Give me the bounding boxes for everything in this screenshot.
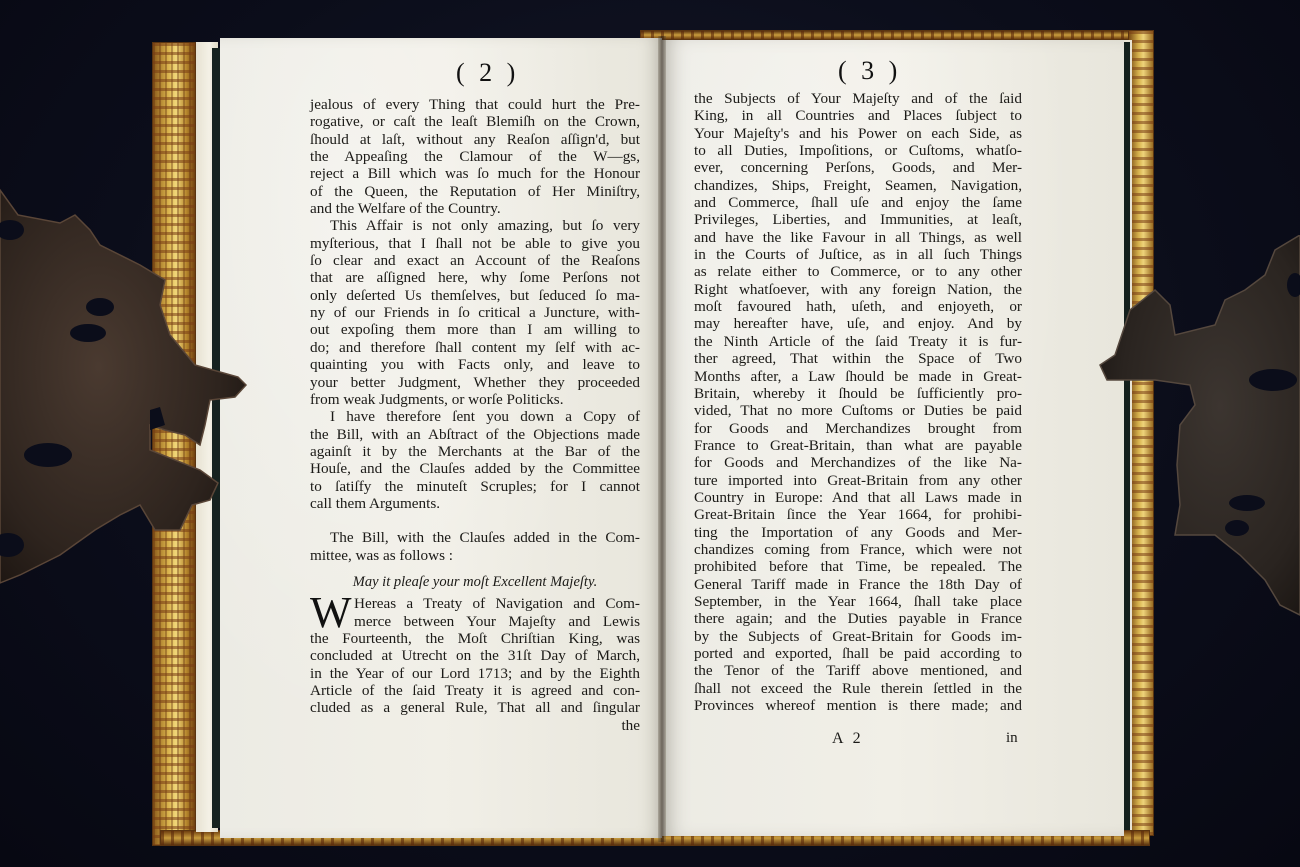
photo-scene: ( 2 ) jealous of every Thing that could … [0,0,1300,867]
text-line: to all Duties, Impoſitions, or Cuſtoms, … [694,142,1022,159]
catchword: in [1006,730,1018,747]
text-line: and the Welfare of the Country. [310,200,640,217]
text-line: ny of our Friends in ſo critical a Junct… [310,304,640,321]
text-line: only deſerted Us themſelves, but ſeduced… [310,287,640,304]
text-line: by the Subjects of Great-Britain for Goo… [694,628,1022,645]
left-page: ( 2 ) jealous of every Thing that could … [220,38,662,838]
text-line: King, in all Countries and Places ſubjec… [694,107,1022,124]
text-line: the Subjects of Your Majeſty and of the … [694,90,1022,107]
gilt-board-edge-top [640,30,1150,40]
text-line: concluded at Utrecht on the 31ſt Day of … [310,647,640,664]
text-line: quainting you with Facts only, and leave… [310,356,640,373]
text-line: the Bill, with an Abſtract of the Object… [310,426,640,443]
text-line: Country in Europe: And that all Laws mad… [694,489,1022,506]
text-line: there again; and the Duties payable in F… [694,610,1022,627]
text-line: prohibited before that Time, be repealed… [694,558,1022,575]
text-line: ther agreed, That within the Space of Tw… [694,350,1022,367]
text-line: The Bill, with the Clauſes added in the … [310,529,640,546]
signature-mark: A 2 [832,730,864,748]
page-number-3: ( 3 ) [838,56,901,86]
text-line: from weak Judgments, or worſe Politicks. [310,391,640,408]
text-line: call them Arguments. [310,495,640,512]
text-line: in the Year of our Lord 1713; and by the… [310,665,640,682]
text-line: Hereas a Treaty of Navigation and Com- [310,595,640,612]
text-line: mittee, was as follows : [310,547,640,564]
text-line: the Appeaſing the Clamour of the W—gs, [310,148,640,165]
text-line: the Fourteenth, the Moſt Chriſtian King,… [310,630,640,647]
iron-page-clip-left-icon [0,185,250,585]
text-line: chandizes, Ships, Freight, Seamen, Navig… [694,177,1022,194]
text-line: do; and therefore ſhall content my ſelf … [310,339,640,356]
text-line: the Ninth Article of the ſaid Treaty it … [694,333,1022,350]
catchword: the [310,717,640,734]
bill-text: W Hereas a Treaty of Navigation and Com-… [310,595,640,734]
text-line: as relate either to Commerce, or to any … [694,263,1022,280]
text-line: the Tenor of the Tariff above mentioned,… [694,662,1022,679]
right-page: ( 3 ) the Subjects of Your Majeſty and o… [662,40,1124,836]
text-line: Britain, whereby it ſhould be ſufficient… [694,385,1022,402]
text-line: France to Great-Britain, than what are p… [694,437,1022,454]
text-line: Article of the ſaid Treaty it is agreed … [310,682,640,699]
text-line: chandizes coming from France, which were… [694,541,1022,558]
text-line: reject a Bill which was ſo much for the … [310,165,640,182]
text-line: ſhould at laſt, without any Reaſon aſſig… [310,131,640,148]
text-line: againſt it by the Merchants at the Bar o… [310,443,640,460]
iron-page-clip-right-icon [1095,235,1300,620]
text-line: and Commerce, ſhall uſe and enjoy the ſa… [694,194,1022,211]
text-line: vided, That no more Cuſtoms or Duties be… [694,402,1022,419]
text-line: Houſe, and the Clauſes added by the Comm… [310,460,640,477]
text-line: to ſatiſfy the minuteſt Scruples; for I … [310,478,640,495]
text-line: I have therefore ſent you down a Copy of [310,408,640,425]
text-line: that are aſſigned here, why ſome Perſons… [310,269,640,286]
text-line: out expoſing them more than I am willing… [310,321,640,338]
text-line: rogative, or caſt the leaſt Blemiſh on t… [310,113,640,130]
right-page-text: the Subjects of Your Majeſty and of the … [694,90,1022,714]
text-line: in the Courts of Juſtice, as in all ſuch… [694,246,1022,263]
page-number-2: ( 2 ) [456,58,519,88]
text-line: ever, concerning Perſons, Goods, and Mer… [694,159,1022,176]
text-line: ſo clear and exact an Account of the Rea… [310,252,640,269]
text-line: merce between Your Majeſty and Lewis [310,613,640,630]
text-line: This Affair is not only amazing, but ſo … [310,217,640,234]
text-line: General Tariff made in France the 18th D… [694,576,1022,593]
text-line: of the Queen, the Reputation of Her Mini… [310,183,640,200]
text-line: ſhall not exceed the Rule therein ſettle… [694,680,1022,697]
text-line: ture imported into Great-Britain from an… [694,472,1022,489]
text-line: Your Majeſty's and his Power on each Sid… [694,125,1022,142]
text-line: for Goods and Merchandizes of the like N… [694,454,1022,471]
text-line: Great-Britain ſince the Year 1664, for p… [694,506,1022,523]
left-page-text: jealous of every Thing that could hurt t… [310,96,640,734]
text-line: cluded as a general Rule, That all and ſ… [310,699,640,716]
salutation: May it pleaſe your moſt Excellent Majeſt… [310,572,640,595]
text-line: ported and exported, ſhall be paid accor… [694,645,1022,662]
text-line: and have the like Favour in all Things, … [694,229,1022,246]
book-gutter [658,36,666,842]
text-line: ting the Importation of any Goods and Me… [694,524,1022,541]
text-line: jealous of every Thing that could hurt t… [310,96,640,113]
text-line: may hereafter have, uſe, and enjoy. And … [694,315,1022,332]
text-line: moſt favoured hath, uſeth, and enjoyeth,… [694,298,1022,315]
text-line: Months after, a Law ſhould be made in Gr… [694,368,1022,385]
text-line: Provinces whereof mention is there made;… [694,697,1022,714]
text-line: for Goods and Merchandizes brought from [694,420,1022,437]
text-line: your better Judgment, Whether they proce… [310,374,640,391]
text-line: September, in the Year 1664, ſhall take … [694,593,1022,610]
text-line: Right whatſoever, with any foreign Natio… [694,281,1022,298]
drop-cap: W [310,593,352,633]
text-line: Privileges, Liberties, and Immunities, a… [694,211,1022,228]
text-line: myſterious, that I ſhall not be able to … [310,235,640,252]
